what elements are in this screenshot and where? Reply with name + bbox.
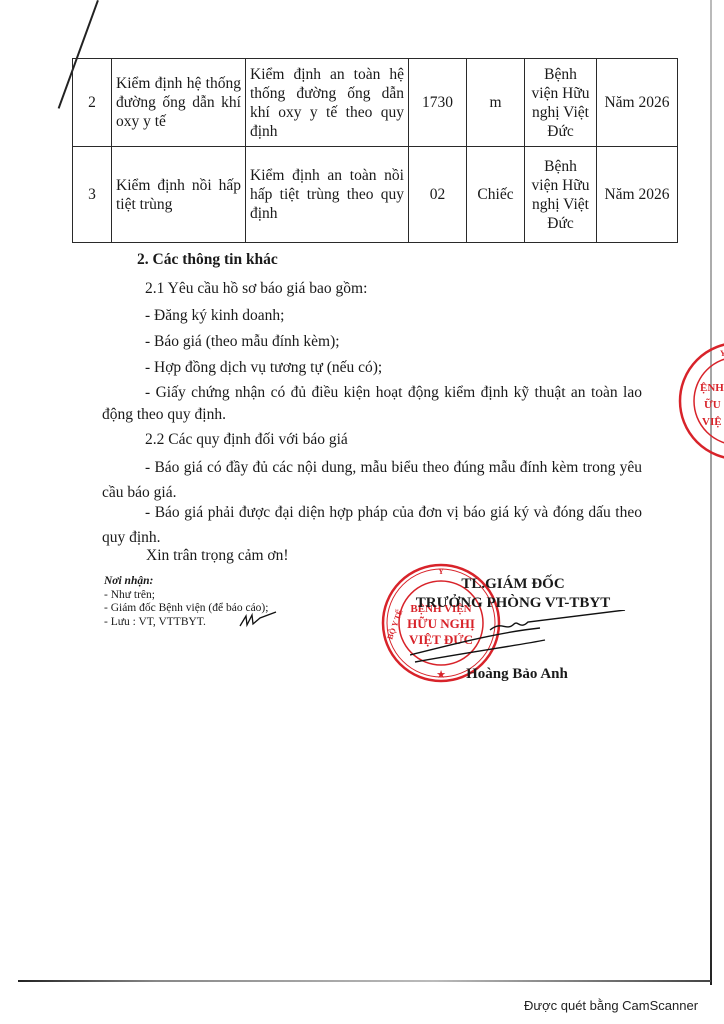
table-row: 2 Kiểm định hệ thống đường ống dẫn khí o… xyxy=(73,59,678,147)
cell-place: Bệnh viện Hữu nghị Việt Đức xyxy=(525,59,597,147)
regulation-item: - Báo giá phải được đại diện hợp pháp củ… xyxy=(102,500,642,550)
signature-line1: TL.GIÁM ĐỐC xyxy=(398,575,628,594)
initials-mark xyxy=(238,610,278,630)
cell-description: Kiểm định an toàn hệ thống đường ống dẫn… xyxy=(246,59,409,147)
requirement-item: - Đăng ký kinh doanh; xyxy=(145,306,284,325)
cell-stt: 3 xyxy=(73,147,112,243)
cell-quantity: 1730 xyxy=(409,59,467,147)
svg-text:ỆNH: ỆNH xyxy=(700,381,724,394)
recipients-title: Nơi nhận: xyxy=(104,575,268,589)
cell-unit: Chiếc xyxy=(467,147,525,243)
recipient-item: - Như trên; xyxy=(104,589,268,603)
page-edge-right xyxy=(710,0,712,985)
subsection-title: 2.2 Các quy định đối với báo giá xyxy=(145,430,348,449)
cell-quantity: 02 xyxy=(409,147,467,243)
service-table: 2 Kiểm định hệ thống đường ống dẫn khí o… xyxy=(72,58,678,243)
requirement-item: - Hợp đồng dịch vụ tương tự (nếu có); xyxy=(145,358,382,377)
cell-place: Bệnh viện Hữu nghị Việt Đức xyxy=(525,147,597,243)
cell-time: Năm 2026 xyxy=(597,59,678,147)
svg-text:VIỆ: VIỆ xyxy=(702,415,722,428)
section-heading: 2. Các thông tin khác xyxy=(137,250,278,269)
cell-time: Năm 2026 xyxy=(597,147,678,243)
subsection-title: 2.1 Yêu cầu hồ sơ báo giá bao gồm: xyxy=(145,279,367,298)
cell-unit: m xyxy=(467,59,525,147)
cell-stt: 2 xyxy=(73,59,112,147)
cell-name: Kiểm định hệ thống đường ống dẫn khí oxy… xyxy=(112,59,246,147)
closing-text: Xin trân trọng cảm ơn! xyxy=(146,546,289,565)
cell-description: Kiểm định an toàn nồi hấp tiệt trùng the… xyxy=(246,147,409,243)
regulation-item: - Báo giá có đầy đủ các nội dung, mẫu bi… xyxy=(102,455,642,505)
cell-name: Kiểm định nồi hấp tiệt trùng xyxy=(112,147,246,243)
handwritten-signature xyxy=(410,610,630,670)
svg-text:Y: Y xyxy=(720,349,724,358)
requirement-item: - Báo giá (theo mẫu đính kèm); xyxy=(145,332,340,351)
requirement-item: - Giấy chứng nhận có đủ điều kiện hoạt đ… xyxy=(102,382,642,426)
table-row: 3 Kiểm định nồi hấp tiệt trùng Kiểm định… xyxy=(73,147,678,243)
page-edge-bottom xyxy=(18,980,711,982)
svg-text:ỮU: ỮU xyxy=(704,398,721,411)
camscanner-watermark: Được quét bằng CamScanner xyxy=(524,998,698,1013)
partial-stamp-edge: Y ỆNH ỮU VIỆ xyxy=(668,336,724,466)
